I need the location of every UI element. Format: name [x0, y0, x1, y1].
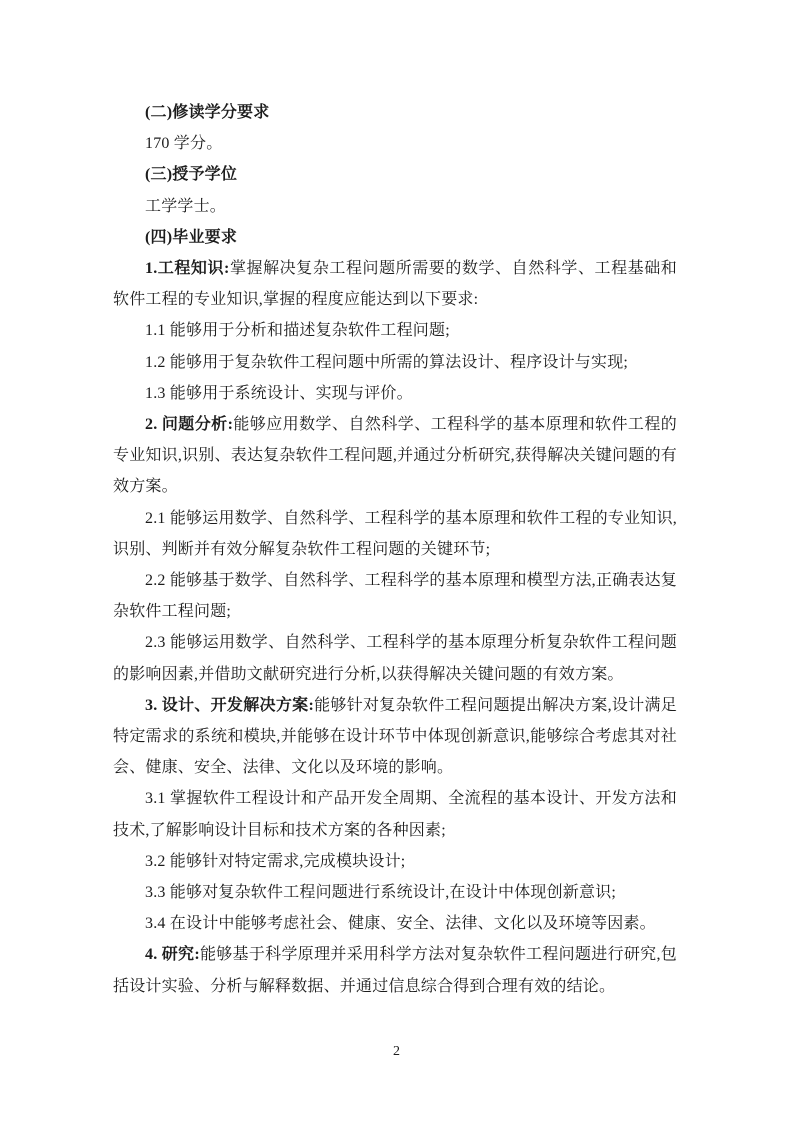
paragraph: 1.1 能够用于分析和描述复杂软件工程问题; — [113, 315, 677, 346]
paragraph-lead: 2. 问题分析: — [145, 416, 233, 433]
page-number: 2 — [0, 1043, 793, 1061]
paragraph-text: 2.2 能够基于数学、自然科学、工程科学的基本原理和模型方法,正确表达复杂软件工… — [113, 572, 677, 620]
section-heading: (二)修读学分要求 — [113, 97, 677, 128]
paragraph-text: (二)修读学分要求 — [145, 104, 269, 121]
document-page: (二)修读学分要求170 学分。(三)授予学位工学学士。(四)毕业要求1.工程知… — [0, 0, 793, 1122]
paragraph-text: 3.2 能够针对特定需求,完成模块设计; — [145, 853, 405, 870]
paragraph: 1.工程知识:掌握解决复杂工程问题所需要的数学、自然科学、工程基础和软件工程的专… — [113, 253, 677, 315]
paragraph-text: 1.1 能够用于分析和描述复杂软件工程问题; — [145, 322, 450, 339]
section-heading: (三)授予学位 — [113, 159, 677, 190]
paragraph-text: 170 学分。 — [145, 135, 222, 152]
paragraph-lead: 4. 研究: — [145, 946, 200, 963]
paragraph-text: 工学学士。 — [145, 198, 226, 215]
paragraph: 3.1 掌握软件工程设计和产品开发全周期、全流程的基本设计、开发方法和技术,了解… — [113, 783, 677, 845]
paragraph-text: 1.2 能够用于复杂软件工程问题中所需的算法设计、程序设计与实现; — [145, 354, 628, 371]
document-body: (二)修读学分要求170 学分。(三)授予学位工学学士。(四)毕业要求1.工程知… — [113, 97, 677, 1002]
paragraph: 170 学分。 — [113, 128, 677, 159]
paragraph: 3.4 在设计中能够考虑社会、健康、安全、法律、文化以及环境等因素。 — [113, 908, 677, 939]
paragraph: 工学学士。 — [113, 191, 677, 222]
paragraph-text: 3.1 掌握软件工程设计和产品开发全周期、全流程的基本设计、开发方法和技术,了解… — [113, 790, 677, 838]
paragraph-text: (三)授予学位 — [145, 166, 237, 183]
paragraph-text: 1.3 能够用于系统设计、实现与评价。 — [145, 385, 413, 402]
paragraph-text: 3.4 在设计中能够考虑社会、健康、安全、法律、文化以及环境等因素。 — [145, 915, 656, 932]
paragraph: 1.3 能够用于系统设计、实现与评价。 — [113, 378, 677, 409]
paragraph-text: 2.1 能够运用数学、自然科学、工程科学的基本原理和软件工程的专业知识,识别、判… — [113, 510, 677, 558]
paragraph: 3.3 能够对复杂软件工程问题进行系统设计,在设计中体现创新意识; — [113, 877, 677, 908]
paragraph: 1.2 能够用于复杂软件工程问题中所需的算法设计、程序设计与实现; — [113, 347, 677, 378]
paragraph: 2.3 能够运用数学、自然科学、工程科学的基本原理分析复杂软件工程问题的影响因素… — [113, 627, 677, 689]
paragraph-text: 2.3 能够运用数学、自然科学、工程科学的基本原理分析复杂软件工程问题的影响因素… — [113, 634, 677, 682]
paragraph: 2.1 能够运用数学、自然科学、工程科学的基本原理和软件工程的专业知识,识别、判… — [113, 503, 677, 565]
paragraph: 2. 问题分析:能够应用数学、自然科学、工程科学的基本原理和软件工程的专业知识,… — [113, 409, 677, 503]
paragraph: 2.2 能够基于数学、自然科学、工程科学的基本原理和模型方法,正确表达复杂软件工… — [113, 565, 677, 627]
paragraph-text: 3.3 能够对复杂软件工程问题进行系统设计,在设计中体现创新意识; — [145, 884, 616, 901]
paragraph: 4. 研究:能够基于科学原理并采用科学方法对复杂软件工程问题进行研究,包括设计实… — [113, 939, 677, 1001]
paragraph-lead: 3. 设计、开发解决方案: — [145, 697, 314, 714]
paragraph-text: (四)毕业要求 — [145, 229, 237, 246]
paragraph-lead: 1.工程知识: — [145, 260, 230, 277]
paragraph: 3.2 能够针对特定需求,完成模块设计; — [113, 846, 677, 877]
paragraph: 3. 设计、开发解决方案:能够针对复杂软件工程问题提出解决方案,设计满足特定需求… — [113, 690, 677, 784]
section-heading: (四)毕业要求 — [113, 222, 677, 253]
